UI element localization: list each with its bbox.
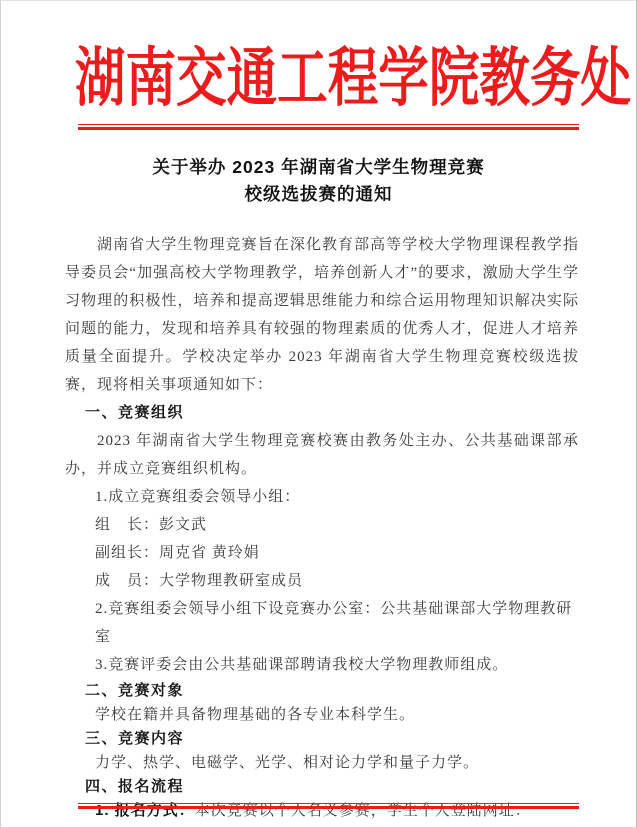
body-block-bottom: 二、竞赛对象 学校在籍并具备物理基础的各专业本科学生。 三、竞赛内容 力学、热学… (65, 679, 579, 823)
footer-divider-thick-line (78, 806, 579, 809)
section1-paragraph: 2023 年湖南省大学生物理竞赛校赛由教务处主办、公共基础课部承办，并成立竞赛组… (65, 427, 579, 483)
document-title: 关于举办 2023 年湖南省大学生物理竞赛 校级选拔赛的通知 (1, 154, 636, 208)
intro-paragraph: 湖南省大学生物理竞赛旨在深化教育部高等学校大学物理课程教学指导委员会“加强高校大… (65, 231, 579, 399)
document-title-line1: 关于举办 2023 年湖南省大学生物理竞赛 (1, 154, 636, 181)
letterhead-org-title-text: 湖南交通工程学院教务处 (75, 27, 631, 119)
section-heading-2: 二、竞赛对象 (65, 679, 579, 703)
section3-text: 力学、热学、电磁学、光学、相对论力学和量子力学。 (65, 751, 579, 775)
letterhead-divider-thick-line (78, 127, 579, 130)
footer-divider-line (78, 803, 579, 809)
section-heading-3: 三、竞赛内容 (65, 727, 579, 751)
letterhead-org-title: 湖南交通工程学院教务处 (1, 27, 636, 119)
section2-text: 学校在籍并具备物理基础的各专业本科学生。 (65, 703, 579, 727)
section-heading-4: 四、报名流程 (65, 775, 579, 799)
section1-item-3: 3.竞赛评委会由公共基础课部聘请我校大学物理教师组成。 (65, 651, 579, 679)
section1-deputy-line: 副组长：周克省 黄玲娟 (65, 539, 579, 567)
letterhead-divider-line (78, 124, 579, 130)
body-block-top: 湖南省大学生物理竞赛旨在深化教育部高等学校大学物理课程教学指导委员会“加强高校大… (65, 231, 579, 679)
section1-leader-line: 组 长：彭文武 (65, 511, 579, 539)
section1-item-2: 2.竞赛组委会领导小组下设竞赛办公室：公共基础课部大学物理教研室 (65, 595, 579, 651)
section1-item-1: 1.成立竞赛组委会领导小组： (65, 483, 579, 511)
section-heading-1: 一、竞赛组织 (65, 399, 579, 427)
document-body: 湖南省大学生物理竞赛旨在深化教育部高等学校大学物理课程教学指导委员会“加强高校大… (65, 231, 579, 823)
section1-members-line: 成 员：大学物理教研室成员 (65, 567, 579, 595)
document-title-line2: 校级选拔赛的通知 (1, 181, 636, 208)
document-page: 湖南交通工程学院教务处 关于举办 2023 年湖南省大学生物理竞赛 校级选拔赛的… (0, 0, 637, 828)
